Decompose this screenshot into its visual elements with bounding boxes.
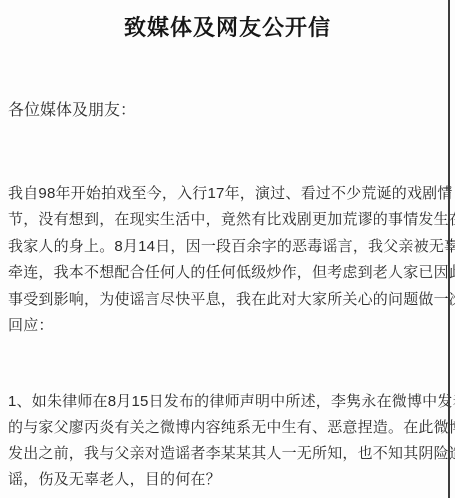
paragraph-intro: 我自98年开始拍戏至今，入行17年，演过、看过不少荒诞的戏剧情 节，没有想到，在… (8, 181, 444, 339)
paragraph-intro-line-2: 节，没有想到，在现实生活中，竟然有比戏剧更加荒谬的事情发生在 (8, 207, 444, 233)
paragraph-point-1-line-1: 1、如朱律师在8月15日发布的律师声明中所述，李隽永在微博中发表 (8, 389, 444, 415)
open-letter-page: 致媒体及网友公开信 各位媒体及朋友： 我自98年开始拍戏至今，入行17年，演过、… (0, 0, 455, 498)
paragraph-point-1: 1、如朱律师在8月15日发布的律师声明中所述，李隽永在微博中发表 的与家父廖丙炎… (8, 389, 444, 493)
paragraph-intro-line-5: 事受到影响，为使谣言尽快平息，我在此对大家所关心的问题做一次 (8, 287, 444, 313)
paragraph-point-1-line-3: 发出之前，我与父亲对造谣者李某某其人一无所知，也不知其阴险造 (8, 441, 444, 467)
paragraph-point-1-line-4: 谣，伤及无辜老人，目的何在？ (8, 467, 444, 493)
paragraph-intro-line-1: 我自98年开始拍戏至今，入行17年，演过、看过不少荒诞的戏剧情 (8, 181, 444, 207)
paragraph-intro-line-3: 我家人的身上。8月14日，因一段百余字的恶毒谣言，我父亲被无辜 (8, 234, 444, 260)
page-right-edge-line (448, 0, 450, 498)
paragraph-intro-line-6: 回应： (8, 313, 444, 339)
page-title: 致媒体及网友公开信 (0, 13, 455, 43)
paragraph-point-1-line-2: 的与家父廖丙炎有关之微博内容纯系无中生有、恶意捏造。在此微博 (8, 415, 444, 441)
salutation-line: 各位媒体及朋友： (8, 99, 136, 123)
paragraph-intro-line-4: 牵连，我本不想配合任何人的任何低级炒作，但考虑到老人家已因此 (8, 260, 444, 286)
